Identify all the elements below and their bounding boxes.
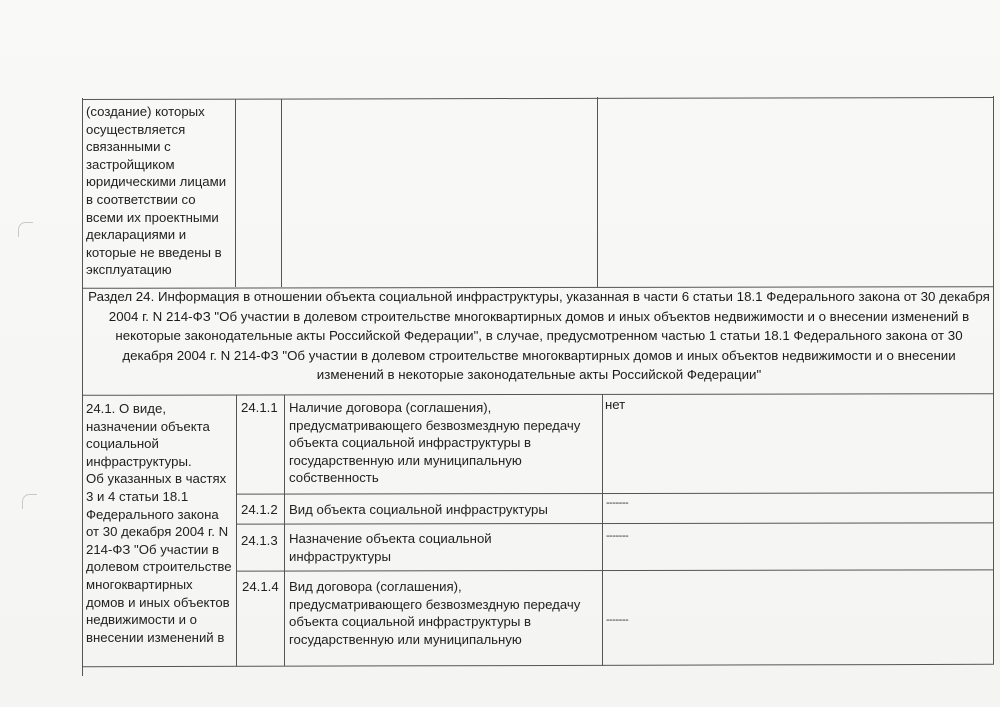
scanned-page: (создание) которых осуществляется связан…: [0, 0, 1000, 707]
row-value: -------: [606, 497, 628, 509]
row-value: -------: [606, 614, 628, 626]
group-24-1-title: 24.1. О виде, назначении объекта социаль…: [86, 400, 236, 646]
table-border: [235, 99, 236, 287]
table-border: [597, 97, 598, 287]
row-label: Наличие договора (соглашения), предусмат…: [289, 399, 599, 487]
punch-hole-mark: [18, 222, 33, 237]
punch-hole-mark: [22, 494, 37, 509]
row-code: 24.1.4: [242, 578, 279, 596]
table-border: [82, 98, 83, 676]
table-border: [236, 569, 994, 571]
table-border: [284, 395, 285, 666]
table-border: [602, 394, 603, 666]
row-value: нет: [605, 396, 625, 414]
row-code: 24.1.3: [241, 532, 278, 550]
table-border: [281, 99, 282, 287]
row-code: 24.1.2: [241, 501, 278, 519]
row-value: -------: [606, 530, 628, 542]
table-border: [82, 393, 994, 396]
table-border: [236, 522, 994, 524]
table-border: [82, 664, 994, 667]
section-24-heading: Раздел 24. Информация в отношении объект…: [84, 287, 994, 385]
row-label: Назначение объекта социальной инфраструк…: [289, 530, 599, 565]
top-row-description: (создание) которых осуществляется связан…: [86, 103, 234, 279]
table-border: [82, 97, 994, 100]
row-label: Вид объекта социальной инфраструктуры: [289, 501, 599, 519]
table-border: [236, 395, 237, 666]
row-label: Вид договора (соглашения), предусматрива…: [289, 578, 599, 648]
row-code: 24.1.1: [241, 399, 278, 417]
table-border: [236, 492, 994, 494]
